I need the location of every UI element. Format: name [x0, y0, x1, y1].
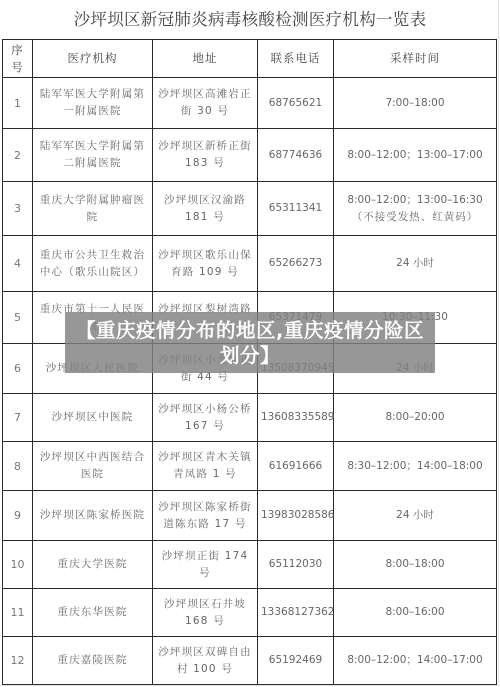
row-sampling-time-text: 24 小时 — [396, 257, 434, 269]
row-index: 2 — [3, 129, 33, 182]
row-phone: 13608335589 — [258, 394, 334, 442]
row-phone-text: 65192469 — [269, 654, 322, 666]
row-institution-text: 沙坪坝区陈家桥医院 — [40, 509, 145, 521]
row-sampling-time-text: 8:00–18:00 — [385, 558, 444, 570]
row-index-text: 10 — [11, 558, 25, 571]
row-institution-text: 重庆东华医院 — [57, 606, 127, 618]
row-index: 11 — [3, 589, 33, 637]
row-index-text: 8 — [14, 460, 21, 473]
row-sampling-time-text: 24 小时 — [396, 509, 434, 521]
row-institution-text: 沙坪坝区中西医结合医院 — [40, 451, 145, 480]
row-phone-text: 65112030 — [269, 558, 322, 570]
caption-text: 【重庆疫情分布的地区,重庆疫情分险区划分】 — [70, 318, 430, 368]
row-phone: 68765621 — [258, 78, 334, 129]
row-index-text: 6 — [14, 362, 21, 375]
row-address: 沙坪坝正街 174 号 — [153, 541, 258, 589]
row-index: 7 — [3, 394, 33, 442]
row-address-text: 沙坪坝正街 174 号 — [162, 550, 249, 579]
row-address: 沙坪坝区歌乐山保育路 109 号 — [153, 236, 258, 292]
row-institution: 沙坪坝区中西医结合医院 — [33, 442, 153, 491]
row-phone-text: 65311341 — [269, 202, 322, 214]
row-sampling-time: 8:00–12:00；14:00–17:00 — [334, 637, 497, 685]
row-institution-text: 重庆嘉陵医院 — [57, 654, 127, 666]
row-index: 6 — [3, 344, 33, 394]
row-sampling-time: 24 小时 — [334, 236, 497, 292]
row-address: 沙坪坝区陈家桥街道陈东路 17 号 — [153, 491, 258, 541]
row-address-text: 沙坪坝区高滩岩正街 30 号 — [158, 88, 252, 117]
document-title: 沙坪坝区新冠肺炎病毒核酸检测医疗机构一览表 — [0, 6, 500, 30]
row-sampling-time-text: 8:00–16:00 — [385, 606, 444, 618]
row-phone: 65266273 — [258, 236, 334, 292]
row-index: 9 — [3, 491, 33, 541]
row-institution: 重庆市公共卫生救治中心（歌乐山院区） — [33, 236, 153, 292]
row-phone-text: 13983028586 — [261, 509, 335, 521]
row-index: 4 — [3, 236, 33, 292]
row-institution-text: 沙坪坝区中医院 — [52, 411, 134, 423]
row-sampling-time: 24 小时 — [334, 491, 497, 541]
row-address-text: 沙坪坝区歌乐山保育路 109 号 — [158, 249, 252, 278]
row-sampling-note: （不接受发热、红黄码） — [337, 209, 493, 226]
row-index-text: 12 — [11, 654, 25, 667]
table-row: 10重庆大学医院沙坪坝正街 174 号651120308:00–18:00 — [3, 541, 497, 589]
row-institution: 陆军军医大学附属第二附属医院 — [33, 129, 153, 182]
table-row: 2陆军军医大学附属第二附属医院沙坪坝区新桥正街 183 号687746368:0… — [3, 129, 497, 182]
header-address: 地址 — [153, 40, 258, 78]
row-institution: 重庆嘉陵医院 — [33, 637, 153, 685]
header-index: 序号 — [3, 40, 33, 78]
row-address-text: 沙坪坝区小杨公桥 167 号 — [158, 403, 252, 432]
row-phone: 61691666 — [258, 442, 334, 491]
row-sampling-time: 8:00–20:00 — [334, 394, 497, 442]
table-row: 3重庆大学附属肿瘤医院沙坪坝区汉渝路 181 号653113418:00–12:… — [3, 182, 497, 236]
row-index-text: 4 — [14, 257, 21, 270]
row-sampling-time-text: 8:00–12:00；14:00–17:00 — [347, 654, 482, 666]
row-institution: 沙坪坝区中医院 — [33, 394, 153, 442]
row-index-text: 5 — [14, 311, 21, 324]
row-institution-text: 重庆大学医院 — [57, 558, 127, 570]
row-address-text: 沙坪坝区陈家桥街道陈东路 17 号 — [158, 501, 252, 530]
row-address: 沙坪坝区高滩岩正街 30 号 — [153, 78, 258, 129]
header-institution: 医疗机构 — [33, 40, 153, 78]
table-header-row: 序号 医疗机构 地址 联系电话 采样时间 — [3, 40, 497, 78]
row-phone-text: 68765621 — [269, 97, 322, 109]
row-phone-text: 61691666 — [269, 460, 322, 472]
row-index: 10 — [3, 541, 33, 589]
row-sampling-time-text: 7:00–18:00 — [385, 97, 444, 109]
row-index: 1 — [3, 78, 33, 129]
row-address-text: 沙坪坝区双碑自由村 100 号 — [158, 646, 252, 675]
row-phone-text: 13368127362 — [261, 606, 335, 618]
row-index: 3 — [3, 182, 33, 236]
row-address: 沙坪坝区石井坡 168 号 — [153, 589, 258, 637]
row-phone: 13983028586 — [258, 491, 334, 541]
row-sampling-time: 8:00–16:00 — [334, 589, 497, 637]
row-index-text: 2 — [14, 149, 21, 162]
row-index-text: 11 — [11, 606, 25, 619]
row-index-text: 3 — [14, 202, 21, 215]
caption-overlay: 【重庆疫情分布的地区,重庆疫情分险区划分】 — [65, 312, 435, 373]
row-address: 沙坪坝区青木关镇青凤路 1 号 — [153, 442, 258, 491]
row-index-text: 9 — [14, 509, 21, 522]
row-institution: 重庆东华医院 — [33, 589, 153, 637]
row-sampling-time: 8:00–12:00；13:00–17:00 — [334, 129, 497, 182]
row-sampling-time: 8:00–18:00 — [334, 541, 497, 589]
row-institution: 重庆大学医院 — [33, 541, 153, 589]
row-institution: 沙坪坝区陈家桥医院 — [33, 491, 153, 541]
row-address-text: 沙坪坝区新桥正街 183 号 — [158, 140, 252, 169]
row-institution-text: 陆军军医大学附属第二附属医院 — [40, 140, 145, 169]
row-address: 沙坪坝区小杨公桥 167 号 — [153, 394, 258, 442]
row-phone-text: 13608335589 — [261, 411, 335, 423]
row-institution-text: 重庆市公共卫生救治中心（歌乐山院区） — [40, 249, 145, 278]
table-row: 4重庆市公共卫生救治中心（歌乐山院区）沙坪坝区歌乐山保育路 109 号65266… — [3, 236, 497, 292]
row-address: 沙坪坝区汉渝路 181 号 — [153, 182, 258, 236]
row-sampling-time: 8:30–12:00；14:00–18:00 — [334, 442, 497, 491]
row-phone-text: 65266273 — [269, 257, 322, 269]
row-index: 12 — [3, 637, 33, 685]
row-phone: 68774636 — [258, 129, 334, 182]
row-phone: 65112030 — [258, 541, 334, 589]
row-sampling-time: 8:00–12:00；13:00–16:30（不接受发热、红黄码） — [334, 182, 497, 236]
row-sampling-time-text: 8:00–12:00；13:00–16:30 — [347, 194, 482, 206]
header-phone: 联系电话 — [258, 40, 334, 78]
row-sampling-time-text: 8:00–12:00；13:00–17:00 — [347, 149, 482, 161]
table-row: 12重庆嘉陵医院沙坪坝区双碑自由村 100 号651924698:00–12:0… — [3, 637, 497, 685]
table-row: 1陆军军医大学附属第一附属医院沙坪坝区高滩岩正街 30 号687656217:0… — [3, 78, 497, 129]
header-sampling-time: 采样时间 — [334, 40, 497, 78]
row-index: 5 — [3, 292, 33, 344]
row-index-text: 1 — [14, 97, 21, 110]
table-row: 11重庆东华医院沙坪坝区石井坡 168 号133681273628:00–16:… — [3, 589, 497, 637]
table-row: 7沙坪坝区中医院沙坪坝区小杨公桥 167 号136083355898:00–20… — [3, 394, 497, 442]
row-sampling-time: 7:00–18:00 — [334, 78, 497, 129]
row-sampling-time-text: 8:00–20:00 — [385, 411, 444, 423]
row-address: 沙坪坝区双碑自由村 100 号 — [153, 637, 258, 685]
row-institution: 陆军军医大学附属第一附属医院 — [33, 78, 153, 129]
row-address: 沙坪坝区新桥正街 183 号 — [153, 129, 258, 182]
row-institution-text: 重庆大学附属肿瘤医院 — [40, 194, 145, 223]
row-institution: 重庆大学附属肿瘤医院 — [33, 182, 153, 236]
row-phone: 65192469 — [258, 637, 334, 685]
row-phone-text: 68774636 — [269, 149, 322, 161]
row-sampling-time-text: 8:30–12:00；14:00–18:00 — [347, 460, 482, 472]
table-row: 9沙坪坝区陈家桥医院沙坪坝区陈家桥街道陈东路 17 号1398302858624… — [3, 491, 497, 541]
row-index-text: 7 — [14, 411, 21, 424]
row-institution-text: 陆军军医大学附属第一附属医院 — [40, 88, 145, 117]
row-address-text: 沙坪坝区石井坡 168 号 — [164, 598, 246, 627]
row-phone: 65311341 — [258, 182, 334, 236]
row-address-text: 沙坪坝区青木关镇青凤路 1 号 — [158, 451, 252, 480]
row-index: 8 — [3, 442, 33, 491]
table-row: 8沙坪坝区中西医结合医院沙坪坝区青木关镇青凤路 1 号616916668:30–… — [3, 442, 497, 491]
row-address-text: 沙坪坝区汉渝路 181 号 — [164, 194, 246, 223]
row-phone: 13368127362 — [258, 589, 334, 637]
